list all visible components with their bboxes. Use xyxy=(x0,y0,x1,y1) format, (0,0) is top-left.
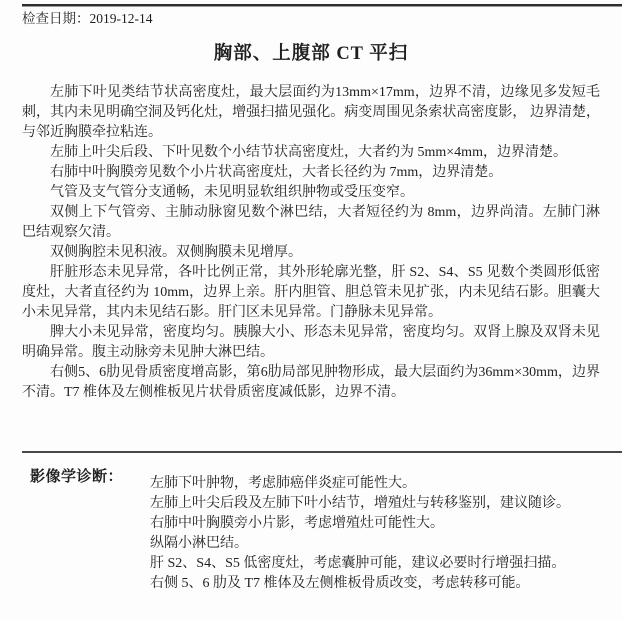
exam-date-label: 检查日期： xyxy=(22,11,90,26)
finding-paragraph: 右肺中叶胸膜旁见数个小片状高密度灶，大者长径约为 7mm，边界清楚。 xyxy=(22,163,600,183)
diagnosis-item: 肝 S2、S4、S5 低密度灶，考虑囊肿可能，建议必要时行增强扫描。 xyxy=(150,554,600,574)
finding-paragraph: 左肺下叶见类结节状高密度灶，最大层面约为13mm×17mm，边界不清，边缘见多发… xyxy=(22,83,600,143)
finding-paragraph: 脾大小未见异常，密度均匀。胰腺大小、形态未见异常，密度均匀。双肾上腺及双肾未见明… xyxy=(22,323,600,363)
finding-paragraph: 双侧胸腔未见积液。双侧胸膜未见增厚。 xyxy=(22,243,600,263)
diagnosis-items: 左肺下叶肿物，考虑肺癌伴炎症可能性大。 左肺上叶尖后段及左肺下叶小结节，增殖灶与… xyxy=(150,453,600,594)
ct-report-page: 检查日期：2019-12-14 胸部、上腹部 CT 平扫 左肺下叶见类结节状高密… xyxy=(0,0,622,619)
diagnosis-item: 右肺中叶胸膜旁小片影，考虑增殖灶可能性大。 xyxy=(150,514,600,534)
diagnosis-item: 左肺上叶尖后段及左肺下叶小结节，增殖灶与转移鉴别，建议随诊。 xyxy=(150,494,600,514)
diagnosis-label: 影像学诊断： xyxy=(22,453,150,486)
finding-paragraph: 气管及支气管分支通畅，未见明显软组织肿物或受压变窄。 xyxy=(22,183,600,203)
diagnosis-section: 影像学诊断： 左肺下叶肿物，考虑肺癌伴炎症可能性大。 左肺上叶尖后段及左肺下叶小… xyxy=(22,453,600,594)
findings-section: 左肺下叶见类结节状高密度灶，最大层面约为13mm×17mm，边界不清，边缘见多发… xyxy=(22,83,600,403)
diagnosis-item: 右侧 5、6 肋及 T7 椎体及左侧椎板骨质改变，考虑转移可能。 xyxy=(150,574,600,594)
exam-date-value: 2019-12-14 xyxy=(90,11,153,26)
diagnosis-item: 纵隔小淋巴结。 xyxy=(150,534,600,554)
report-title: 胸部、上腹部 CT 平扫 xyxy=(22,42,600,66)
top-rule xyxy=(22,4,622,7)
finding-paragraph: 右侧5、6肋见骨质密度增高影，第6肋局部见肿物形成，最大层面约为36mm×30m… xyxy=(22,363,600,403)
finding-paragraph: 双侧上下气管旁、主肺动脉窗见数个淋巴结，大者短径约为 8mm，边界尚清。左肺门淋… xyxy=(22,203,600,243)
exam-date-row: 检查日期：2019-12-14 xyxy=(22,10,600,27)
diagnosis-item: 左肺下叶肿物，考虑肺癌伴炎症可能性大。 xyxy=(150,474,600,494)
finding-paragraph: 左肺上叶尖后段、下叶见数个小结节状高密度灶，大者约为 5mm×4mm，边界清楚。 xyxy=(22,143,600,163)
finding-paragraph: 肝脏形态未见异常，各叶比例正常，其外形轮廓光整，肝 S2、S4、S5 见数个类圆… xyxy=(22,263,600,323)
